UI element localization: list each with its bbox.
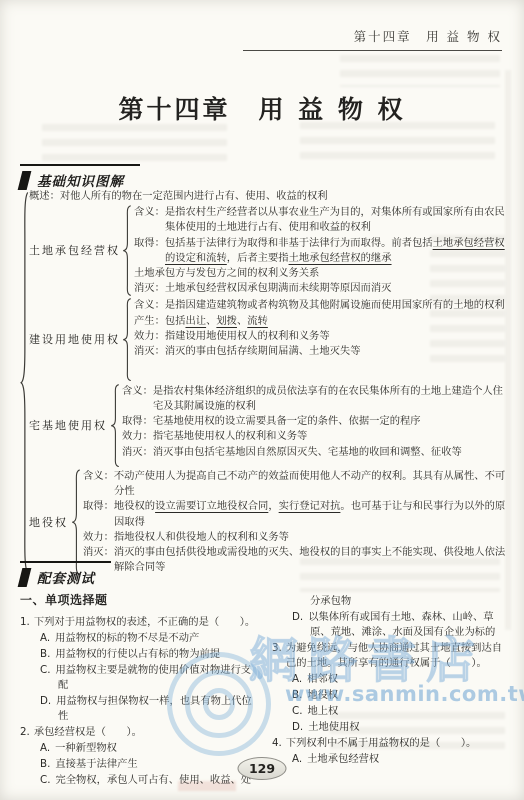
diagram-line: 消灭：消灭事由包括宅基地因自然原因灭失、宅基地的收回和调整、征收等 — [122, 445, 507, 460]
question-stem: 3.为避免绕远，与他人协商通过其土地直接到达自己的土地。其所享有的通行权属于（ … — [272, 641, 507, 671]
underlined-term: 划拨 — [216, 315, 237, 327]
option-c: C.完全物权，承包人可占有、使用、收益、处 — [40, 773, 258, 788]
group-brace-icon — [122, 298, 132, 381]
diagram-line: 消灭：土地承包经营权因承包期满而未续期等原因而消灭 — [134, 281, 507, 296]
line-text: 取得：宅基地使用权的设立需要具备一定的条件、依据一定的程序 — [122, 415, 421, 427]
option-letter: A. — [40, 742, 50, 754]
underlined-term: 设立需要订立地役权合同 — [155, 500, 268, 512]
option-c: C.地上权 — [292, 704, 507, 719]
group-brace-icon — [71, 469, 81, 575]
diagram-line: 产生：包括出让、划拨、流转 — [134, 314, 507, 329]
quiz-right-column: 分承包物 D.以集体所有或国有土地、森林、山岭、草原、荒地、滩涂、水面及国有企业… — [272, 593, 507, 789]
question-stem: 2.承包经营权是（ ）。 — [20, 725, 258, 740]
quiz-group-title: 一、单项选择题 — [20, 593, 258, 608]
question-text: 为避免绕远，与他人协商通过其土地直接到达自己的土地。其所享有的通行权属于（ ）。 — [286, 642, 502, 669]
option-text: 用益物权与担保物权一样，也具有物上代位性 — [56, 695, 252, 722]
running-header-text: 第十四章 用 益 物 权 — [354, 29, 502, 44]
question-4: 4.下列权利中不属于用益物权的是（ ）。 A.土地承包经营权 — [272, 736, 507, 767]
group-label: 建设用地使用权 — [29, 298, 122, 381]
question-2: 2.承包经营权是（ ）。 A.一种新型物权 B.直接基于法律产生 C.完全物权，… — [20, 725, 258, 788]
diagram-line: 取得：地役权的设立需要订立地役权合同，实行登记对抗。也可基于让与和民事行为以外的… — [83, 499, 507, 529]
option-text: 一种新型物权 — [55, 742, 117, 754]
option-c-continuation: 分承包物 — [292, 594, 507, 609]
option-letter: C. — [292, 705, 302, 717]
question-text: 承包经营权是（ ）。 — [34, 726, 142, 738]
option-a: A.一种新型物权 — [40, 741, 258, 756]
line-text: 土地承包方与发包方之间的权利义务关系 — [134, 267, 319, 279]
question-number: 4. — [272, 737, 282, 749]
group-brace-icon — [122, 205, 132, 296]
option-d: D.用益物权与担保物权一样，也具有物上代位性 — [40, 694, 258, 724]
line-text: 效力：指建设用地使用权人的权利和义务等 — [134, 330, 330, 342]
section-bar-icon — [18, 568, 32, 587]
diagram-line: 土地承包方与发包方之间的权利义务关系 — [134, 266, 507, 281]
line-text: ， — [268, 500, 278, 512]
option-letter: D. — [292, 721, 303, 733]
section-bar-icon — [18, 171, 32, 190]
question-number: 2. — [20, 726, 30, 738]
option-text: 用益物权主要是就物的使用价值对物进行支配 — [55, 664, 251, 691]
option-text: 直接基于法律产生 — [55, 758, 137, 770]
diagram-line: 效力：指建设用地使用权人的权利和义务等 — [134, 329, 507, 344]
option-c: C.用益物权主要是就物的使用价值对物进行支配 — [40, 663, 258, 693]
option-letter: A. — [40, 632, 50, 644]
diagram-line: 消灭：消灭的事由包括存续期间届满、土地灭失等 — [134, 344, 507, 359]
line-text: 消灭：消灭的事由包括存续期间届满、土地灭失等 — [134, 345, 361, 357]
question-number: 1. — [20, 616, 30, 628]
underlined-term: 流转 — [247, 315, 268, 327]
option-text: 地上权 — [307, 705, 338, 717]
diagram-line: 含义：是指因建造建筑物或者构筑物及其他附属设施而使用国家所有的土地的权利 — [134, 298, 507, 313]
line-text: 含义：不动产使用人为提高自己不动产的效益而使用他人不动产的权利。其具有从属性、不… — [83, 470, 505, 497]
question-text: 下列对于用益物权的表述，不正确的是（ ）。 — [34, 616, 255, 628]
question-number: 3. — [272, 642, 282, 654]
option-text: 用益物权的行使以占有标的物为前提 — [55, 648, 220, 660]
option-letter: C. — [40, 664, 50, 676]
section-header-knowledge: 基础知识图解 — [20, 164, 140, 190]
option-a: A.用益物权的标的物不尽是不动产 — [40, 631, 258, 646]
option-b: B.用益物权的行使以占有标的物为前提 — [40, 647, 258, 662]
option-letter: B. — [40, 758, 50, 770]
section-title-knowledge: 基础知识图解 — [37, 170, 124, 190]
line-text: 消灭：消灭的事由包括供役地或需役地的灭失、地役权的目的事实上不能实现、供役地人依… — [83, 546, 505, 573]
section-title-test: 配套测试 — [37, 567, 95, 587]
line-text: 效力：指宅基地使用权人的权利和义务等 — [122, 430, 307, 442]
diagram-overview: 概述：对他人所有的物在一定范围内进行占有、使用、收益的权利 — [29, 189, 507, 204]
bleed-through-text — [340, 55, 500, 87]
line-text: ，后者主要指 — [227, 252, 289, 264]
question-3: 3.为避免绕远，与他人协商通过其土地直接到达自己的土地。其所享有的通行权属于（ … — [272, 641, 507, 735]
group-label-text: 地役权 — [29, 515, 68, 530]
option-b: B.地役权 — [292, 688, 507, 703]
group-label: 地役权 — [29, 469, 71, 575]
diagram-line: 效力：指宅基地使用权人的权利和义务等 — [122, 429, 507, 444]
group-label-text: 宅基地使用权 — [29, 418, 107, 433]
group-label-text: 建设用地使用权 — [29, 332, 120, 347]
question-text: 下列权利中不属于用益物权的是（ ）。 — [286, 737, 477, 749]
diagram-line: 效力：指地役权人和供役地人的权利和义务等 — [83, 530, 507, 545]
underlined-term: 出让 — [185, 315, 206, 327]
option-text: 地役权 — [307, 689, 338, 701]
line-text: 含义：是指农村生产经营者以从事农业生产为目的，对集体所有或国家所有由农民集体使用… — [134, 206, 505, 233]
page-number-badge: 129 — [238, 757, 287, 780]
group-label: 土地承包经营权 — [29, 205, 122, 296]
line-text: 含义：是指农村集体经济组织的成员依法享有的在农民集体所有的土地上建造个人住宅及其… — [122, 385, 503, 412]
option-letter: D. — [40, 695, 51, 707]
option-text: 土地承包经营权 — [307, 753, 379, 765]
option-a: A.土地承包经营权 — [292, 752, 507, 767]
line-text: 效力：指地役权人和供役地人的权利和义务等 — [83, 531, 289, 543]
diagram-group-homestead: 宅基地使用权 含义：是指农村集体经济组织的成员依法享有的在农民集体所有的土地上建… — [29, 384, 507, 467]
diagram-line: 含义：是指农村集体经济组织的成员依法享有的在农民集体所有的土地上建造个人住宅及其… — [122, 384, 507, 414]
option-a: A.相邻权 — [292, 672, 507, 687]
section-header-test: 配套测试 — [20, 561, 111, 587]
option-letter: A. — [292, 753, 302, 765]
page-number: 129 — [249, 761, 275, 776]
question-stem: 1.下列对于用益物权的表述，不正确的是（ ）。 — [20, 615, 258, 630]
underlined-term: 实行登记对抗 — [279, 500, 341, 512]
overview-text: 概述：对他人所有的物在一定范围内进行占有、使用、收益的权利 — [29, 190, 328, 202]
option-letter: C. — [40, 774, 50, 786]
option-letter: A. — [292, 673, 302, 685]
option-letter: D. — [292, 611, 303, 623]
option-text: 以集体所有或国有土地、森林、山岭、草原、荒地、滩涂、水面及国有企业为标的 — [308, 611, 495, 638]
running-header: 第十四章 用 益 物 权 — [243, 27, 502, 51]
option-text: 完全物权，承包人可占有、使用、收益、处 — [55, 774, 251, 786]
option-text: 用益物权的标的物不尽是不动产 — [55, 632, 199, 644]
group-brace-icon — [110, 384, 120, 467]
group-label: 宅基地使用权 — [29, 384, 110, 467]
option-letter: B. — [292, 689, 302, 701]
line-text: 消灭：消灭事由包括宅基地因自然原因灭失、宅基地的收回和调整、征收等 — [122, 446, 462, 458]
book-page: 第十四章 用 益 物 权 第十四章 用 益 物 权 基础知识图解 概述：对他人所… — [0, 0, 524, 800]
group-label-text: 土地承包经营权 — [29, 243, 120, 258]
line-text: 消灭：土地承包经营权因承包期满而未续期等原因而消灭 — [134, 282, 391, 294]
quiz-left-column: 一、单项选择题 1.下列对于用益物权的表述，不正确的是（ ）。 A.用益物权的标… — [20, 593, 258, 789]
diagram-line: 含义：不动产使用人为提高自己不动产的效益而使用他人不动产的权利。其具有从属性、不… — [83, 469, 507, 499]
bleed-through-text — [300, 122, 495, 162]
outer-brace-icon — [20, 189, 29, 577]
diagram-line: 取得：包括基于法律行为取得和非基于法律行为而取得。前者包括土地承包经营权的设定和… — [134, 236, 507, 266]
option-d: D.以集体所有或国有土地、森林、山岭、草原、荒地、滩涂、水面及国有企业为标的 — [292, 610, 507, 640]
option-text: 相邻权 — [307, 673, 338, 685]
line-text: 、 — [237, 315, 247, 327]
diagram-group-easement: 地役权 含义：不动产使用人为提高自己不动产的效益而使用他人不动产的权利。其具有从… — [29, 469, 507, 575]
underlined-term: 土地承包经营权的继承 — [289, 252, 392, 264]
diagram-line: 含义：是指农村生产经营者以从事农业生产为目的，对集体所有或国家所有由农民集体使用… — [134, 205, 507, 235]
bleed-through-text — [42, 124, 227, 162]
line-text: 取得：地役权的 — [83, 500, 155, 512]
line-text: 、 — [206, 315, 216, 327]
line-text: 产生：包括 — [134, 315, 185, 327]
option-d: D.土地使用权 — [292, 720, 507, 735]
question-1: 1.下列对于用益物权的表述，不正确的是（ ）。 A.用益物权的标的物不尽是不动产… — [20, 615, 258, 724]
diagram-group-land-contract-right: 土地承包经营权 含义：是指农村生产经营者以从事农业生产为目的，对集体所有或国家所… — [29, 205, 507, 296]
option-b: B.直接基于法律产生 — [40, 757, 258, 772]
knowledge-diagram: 概述：对他人所有的物在一定范围内进行占有、使用、收益的权利 土地承包经营权 含义… — [20, 189, 507, 577]
chapter-title: 第十四章 用 益 物 权 — [0, 90, 524, 126]
diagram-group-construction-land: 建设用地使用权 含义：是指因建造建筑物或者构筑物及其他附属设施而使用国家所有的土… — [29, 298, 507, 381]
option-letter: B. — [40, 648, 50, 660]
line-text: 取得：包括基于法律行为取得和非基于法律行为而取得。前者包括 — [134, 237, 433, 249]
option-text: 土地使用权 — [308, 721, 359, 733]
diagram-line: 消灭：消灭的事由包括供役地或需役地的灭失、地役权的目的事实上不能实现、供役地人依… — [83, 545, 507, 575]
line-text: 含义：是指因建造建筑物或者构筑物及其他附属设施而使用国家所有的土地的权利 — [134, 299, 505, 311]
diagram-line: 取得：宅基地使用权的设立需要具备一定的条件、依据一定的程序 — [122, 414, 507, 429]
question-stem: 4.下列权利中不属于用益物权的是（ ）。 — [272, 736, 507, 751]
